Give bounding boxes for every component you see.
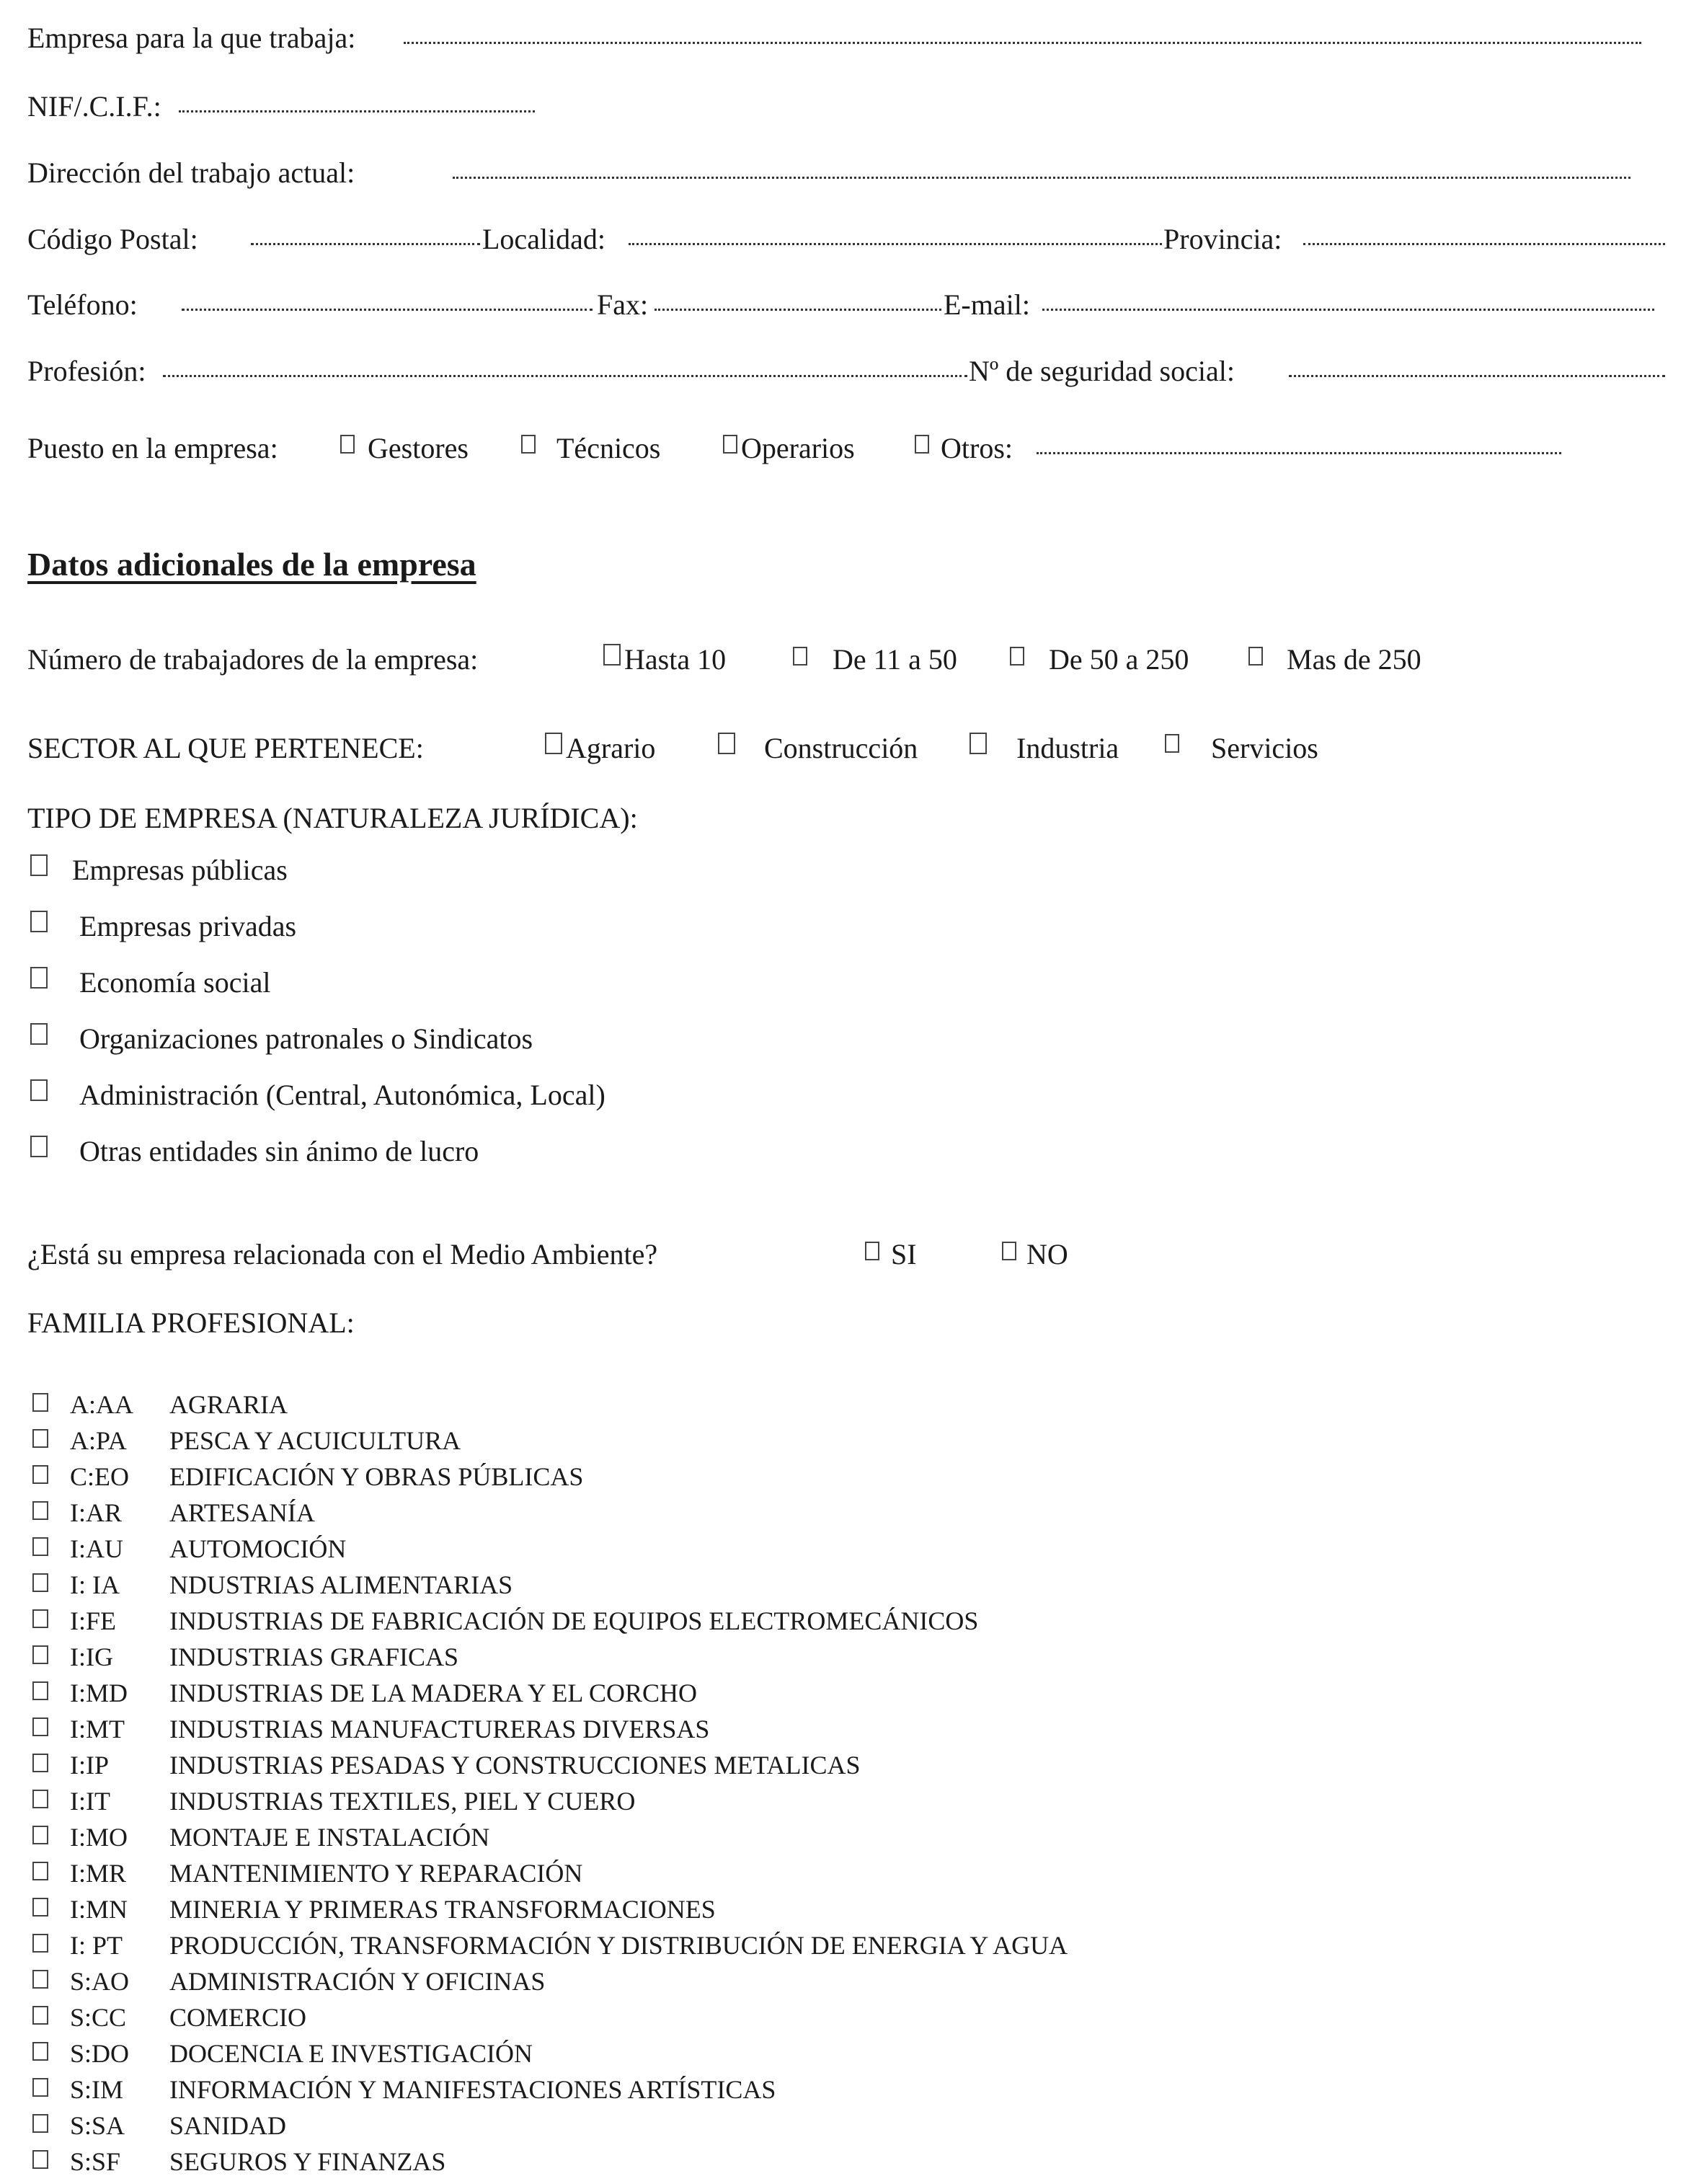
familia-item-checkbox[interactable] xyxy=(32,1393,48,1412)
familia-item-checkbox[interactable] xyxy=(32,1970,48,1989)
familia-item: I:IGINDUSTRIAS GRAFICAS xyxy=(0,1644,1686,1680)
familia-item-checkbox[interactable] xyxy=(32,1609,48,1628)
section-heading: Datos adicionales de la empresa xyxy=(27,548,476,581)
familia-item-code: I: IA xyxy=(70,1572,120,1598)
familia-item-checkbox[interactable] xyxy=(32,1537,48,1556)
empresa-label: Empresa para la que trabaja: xyxy=(27,24,355,53)
familia-item-name: MINERIA Y PRIMERAS TRANSFORMACIONES xyxy=(169,1896,716,1922)
familia-item-name: SEGUROS Y FINANZAS xyxy=(169,2149,445,2175)
trabajadores-hasta-10-checkbox[interactable] xyxy=(603,644,621,666)
familia-item-name: PESCA Y ACUICULTURA xyxy=(169,1428,461,1454)
familia-item-code: S:DO xyxy=(70,2041,129,2066)
familia-item-code: S:AO xyxy=(70,1968,129,1994)
familia-item: I:IPINDUSTRIAS PESADAS Y CONSTRUCCIONES … xyxy=(0,1752,1686,1788)
trabajadores-50-250-checkbox[interactable] xyxy=(1010,647,1024,666)
telefono-label: Teléfono: xyxy=(27,291,138,319)
familia-item-checkbox[interactable] xyxy=(32,1645,48,1664)
familia-item-name: EDIFICACIÓN Y OBRAS PÚBLICAS xyxy=(169,1464,583,1490)
trabajadores-11-50-checkbox[interactable] xyxy=(793,647,807,666)
familia-item-name: COMERCIO xyxy=(169,2004,306,2030)
medio-ambiente-no-checkbox[interactable] xyxy=(1002,1242,1016,1260)
puesto-otros-input[interactable] xyxy=(1037,452,1561,454)
puesto-operarios-label: Operarios xyxy=(741,434,855,463)
familia-item: A:PAPESCA Y ACUICULTURA xyxy=(0,1428,1686,1464)
localidad-input[interactable] xyxy=(629,243,1162,245)
trabajadores-mas-250-checkbox[interactable] xyxy=(1248,647,1263,666)
nif-input[interactable] xyxy=(179,110,535,112)
familia-item: I:ARARTESANÍA xyxy=(0,1500,1686,1536)
medio-ambiente-no-label: NO xyxy=(1026,1240,1068,1269)
familia-item: I:ITINDUSTRIAS TEXTILES, PIEL Y CUERO xyxy=(0,1788,1686,1824)
codigo-postal-input[interactable] xyxy=(251,243,480,245)
tipo-economia-social-label: Economía social xyxy=(79,968,270,997)
familia-item-checkbox[interactable] xyxy=(32,2042,48,2061)
familia-item: I:MNMINERIA Y PRIMERAS TRANSFORMACIONES xyxy=(0,1896,1686,1932)
familia-item: S:SASANIDAD xyxy=(0,2113,1686,2149)
familia-item-code: I:IT xyxy=(70,1788,110,1814)
familia-item-code: S:SF xyxy=(70,2149,120,2175)
familia-item: S:SFSEGUROS Y FINANZAS xyxy=(0,2149,1686,2184)
familia-item-name: PRODUCCIÓN, TRANSFORMACIÓN Y DISTRIBUCIÓ… xyxy=(169,1932,1068,1958)
familia-item: I:MDINDUSTRIAS DE LA MADERA Y EL CORCHO xyxy=(0,1680,1686,1716)
familia-item-name: INDUSTRIAS PESADAS Y CONSTRUCCIONES META… xyxy=(169,1752,861,1778)
familia-item-name: SANIDAD xyxy=(169,2113,286,2139)
medio-ambiente-si-label: SI xyxy=(891,1240,917,1269)
puesto-label: Puesto en la empresa: xyxy=(27,434,278,463)
familia-item-checkbox[interactable] xyxy=(32,1790,48,1808)
fax-label: Fax: xyxy=(597,291,648,319)
telefono-input[interactable] xyxy=(182,309,593,311)
puesto-otros-label: Otros: xyxy=(941,434,1013,463)
sector-agrario-label: Agrario xyxy=(566,734,655,763)
seguridad-social-label: Nº de seguridad social: xyxy=(969,357,1235,386)
familia-item: I: IANDUSTRIAS ALIMENTARIAS xyxy=(0,1572,1686,1608)
familia-item-name: AUTOMOCIÓN xyxy=(169,1536,346,1562)
familia-item-name: NDUSTRIAS ALIMENTARIAS xyxy=(169,1572,513,1598)
familia-item-checkbox[interactable] xyxy=(32,1501,48,1520)
familia-item-name: MANTENIMIENTO Y REPARACIÓN xyxy=(169,1860,582,1886)
trabajadores-label: Número de trabajadores de la empresa: xyxy=(27,645,478,674)
tipo-otras-entidades-checkbox[interactable] xyxy=(30,1136,48,1157)
puesto-tecnicos-checkbox[interactable] xyxy=(521,435,536,454)
familia-item-name: INDUSTRIAS MANUFACTURERAS DIVERSAS xyxy=(169,1716,709,1742)
empresa-input[interactable] xyxy=(404,42,1641,44)
familia-item-name: MONTAJE E INSTALACIÓN xyxy=(169,1824,489,1850)
familia-item-code: I:MN xyxy=(70,1896,128,1922)
familia-item: C:EOEDIFICACIÓN Y OBRAS PÚBLICAS xyxy=(0,1464,1686,1500)
familia-item-checkbox[interactable] xyxy=(32,2078,48,2097)
medio-ambiente-question: ¿Está su empresa relacionada con el Medi… xyxy=(27,1240,657,1269)
familia-item: I:MTINDUSTRIAS MANUFACTURERAS DIVERSAS xyxy=(0,1716,1686,1752)
puesto-gestores-label: Gestores xyxy=(368,434,469,463)
tipo-publicas-label: Empresas públicas xyxy=(72,856,288,885)
familia-item: S:CCCOMERCIO xyxy=(0,2004,1686,2041)
familia-item-code: S:CC xyxy=(70,2004,126,2030)
familia-item-checkbox[interactable] xyxy=(32,2006,48,2025)
codigo-postal-label: Código Postal: xyxy=(27,225,198,254)
familia-item-code: I:AR xyxy=(70,1500,122,1526)
familia-item: I:MOMONTAJE E INSTALACIÓN xyxy=(0,1824,1686,1860)
sector-industria-label: Industria xyxy=(1016,734,1119,763)
familia-item-checkbox[interactable] xyxy=(32,2150,48,2169)
familia-profesional-label: FAMILIA PROFESIONAL: xyxy=(27,1309,355,1338)
familia-item: S:IMINFORMACIÓN Y MANIFESTACIONES ARTÍST… xyxy=(0,2077,1686,2113)
seguridad-social-input[interactable] xyxy=(1289,375,1665,377)
localidad-label: Localidad: xyxy=(482,225,605,254)
familia-item-code: I:FE xyxy=(70,1608,116,1634)
familia-item: S:AOADMINISTRACIÓN Y OFICINAS xyxy=(0,1968,1686,2004)
trabajadores-50-250-label: De 50 a 250 xyxy=(1049,645,1189,674)
familia-item: S:DODOCENCIA E INVESTIGACIÓN xyxy=(0,2041,1686,2077)
familia-item-name: DOCENCIA E INVESTIGACIÓN xyxy=(169,2041,533,2066)
tipo-privadas-checkbox[interactable] xyxy=(30,911,48,932)
familia-item-checkbox[interactable] xyxy=(32,1898,48,1916)
tipo-otras-entidades-label: Otras entidades sin ánimo de lucro xyxy=(79,1137,479,1166)
familia-item-name: INDUSTRIAS GRAFICAS xyxy=(169,1644,458,1670)
tipo-economia-social-checkbox[interactable] xyxy=(30,967,48,989)
tipo-publicas-checkbox[interactable] xyxy=(30,854,48,876)
provincia-input[interactable] xyxy=(1303,243,1665,245)
email-input[interactable] xyxy=(1042,309,1654,311)
familia-item-checkbox[interactable] xyxy=(32,1826,48,1844)
familia-item: A:AAAGRARIA xyxy=(0,1392,1686,1428)
direccion-input[interactable] xyxy=(453,177,1630,179)
familia-item-code: I:MR xyxy=(70,1860,126,1886)
puesto-tecnicos-label: Técnicos xyxy=(556,434,660,463)
familia-item-name: INDUSTRIAS TEXTILES, PIEL Y CUERO xyxy=(169,1788,635,1814)
email-label: E-mail: xyxy=(944,291,1030,319)
tipo-empresa-label: TIPO DE EMPRESA (NATURALEZA JURÍDICA): xyxy=(27,804,638,833)
familia-item-code: I:IP xyxy=(70,1752,109,1778)
sector-industria-checkbox[interactable] xyxy=(970,733,987,754)
familia-item-name: ADMINISTRACIÓN Y OFICINAS xyxy=(169,1968,545,1994)
familia-item-code: I:MD xyxy=(70,1680,128,1706)
familia-item-code: I: PT xyxy=(70,1932,123,1958)
familia-item-checkbox[interactable] xyxy=(32,1717,48,1736)
provincia-label: Provincia: xyxy=(1163,225,1282,254)
sector-agrario-checkbox[interactable] xyxy=(545,733,562,754)
tipo-administracion-checkbox[interactable] xyxy=(30,1079,48,1101)
familia-item-name: AGRARIA xyxy=(169,1392,288,1418)
puesto-operarios-checkbox[interactable] xyxy=(723,435,737,454)
familia-item-checkbox[interactable] xyxy=(32,1934,48,1953)
sector-servicios-label: Servicios xyxy=(1211,734,1318,763)
familia-item-checkbox[interactable] xyxy=(32,1465,48,1484)
tipo-organizaciones-checkbox[interactable] xyxy=(30,1023,48,1045)
direccion-label: Dirección del trabajo actual: xyxy=(27,159,355,187)
familia-item-checkbox[interactable] xyxy=(32,1681,48,1700)
familia-item-code: I:MO xyxy=(70,1824,128,1850)
familia-item: I:MRMANTENIMIENTO Y REPARACIÓN xyxy=(0,1860,1686,1896)
tipo-organizaciones-label: Organizaciones patronales o Sindicatos xyxy=(79,1025,533,1053)
familia-item-code: A:PA xyxy=(70,1428,127,1454)
familia-item-code: I:AU xyxy=(70,1536,123,1562)
familia-item-name: INDUSTRIAS DE FABRICACIÓN DE EQUIPOS ELE… xyxy=(169,1608,978,1634)
nif-label: NIF/.C.I.F.: xyxy=(27,92,161,121)
familia-item-checkbox[interactable] xyxy=(32,2114,48,2133)
profesion-label: Profesión: xyxy=(27,357,146,386)
familia-item-checkbox[interactable] xyxy=(32,1429,48,1448)
tipo-privadas-label: Empresas privadas xyxy=(79,912,296,941)
medio-ambiente-si-checkbox[interactable] xyxy=(865,1242,879,1260)
sector-label: SECTOR AL QUE PERTENECE: xyxy=(27,734,424,763)
trabajadores-11-50-label: De 11 a 50 xyxy=(833,645,957,674)
familia-item-code: I:IG xyxy=(70,1644,113,1670)
puesto-otros-checkbox[interactable] xyxy=(915,435,929,454)
familia-item-name: INDUSTRIAS DE LA MADERA Y EL CORCHO xyxy=(169,1680,697,1706)
familia-item-code: I:MT xyxy=(70,1716,125,1742)
fax-input[interactable] xyxy=(655,309,941,311)
familia-item: I: PTPRODUCCIÓN, TRANSFORMACIÓN Y DISTRI… xyxy=(0,1932,1686,1968)
profesion-input[interactable] xyxy=(163,375,967,377)
trabajadores-hasta-10-label: Hasta 10 xyxy=(624,645,726,674)
familia-item-name: INFORMACIÓN Y MANIFESTACIONES ARTÍSTICAS xyxy=(169,2077,776,2103)
familia-item: I:AUAUTOMOCIÓN xyxy=(0,1536,1686,1572)
familia-item-code: S:SA xyxy=(70,2113,125,2139)
familia-item-checkbox[interactable] xyxy=(32,1862,48,1880)
sector-construccion-label: Construcción xyxy=(764,734,918,763)
familia-item-checkbox[interactable] xyxy=(32,1573,48,1592)
puesto-gestores-checkbox[interactable] xyxy=(340,435,355,454)
sector-construccion-checkbox[interactable] xyxy=(718,733,735,754)
sector-servicios-checkbox[interactable] xyxy=(1165,734,1179,753)
familia-item-code: S:IM xyxy=(70,2077,123,2103)
familia-item-checkbox[interactable] xyxy=(32,1754,48,1772)
familia-item-code: A:AA xyxy=(70,1392,133,1418)
familia-item-code: C:EO xyxy=(70,1464,129,1490)
familia-item-name: ARTESANÍA xyxy=(169,1500,315,1526)
tipo-administracion-label: Administración (Central, Autonómica, Loc… xyxy=(79,1081,605,1110)
trabajadores-mas-250-label: Mas de 250 xyxy=(1287,645,1421,674)
familia-item: I:FEINDUSTRIAS DE FABRICACIÓN DE EQUIPOS… xyxy=(0,1608,1686,1644)
